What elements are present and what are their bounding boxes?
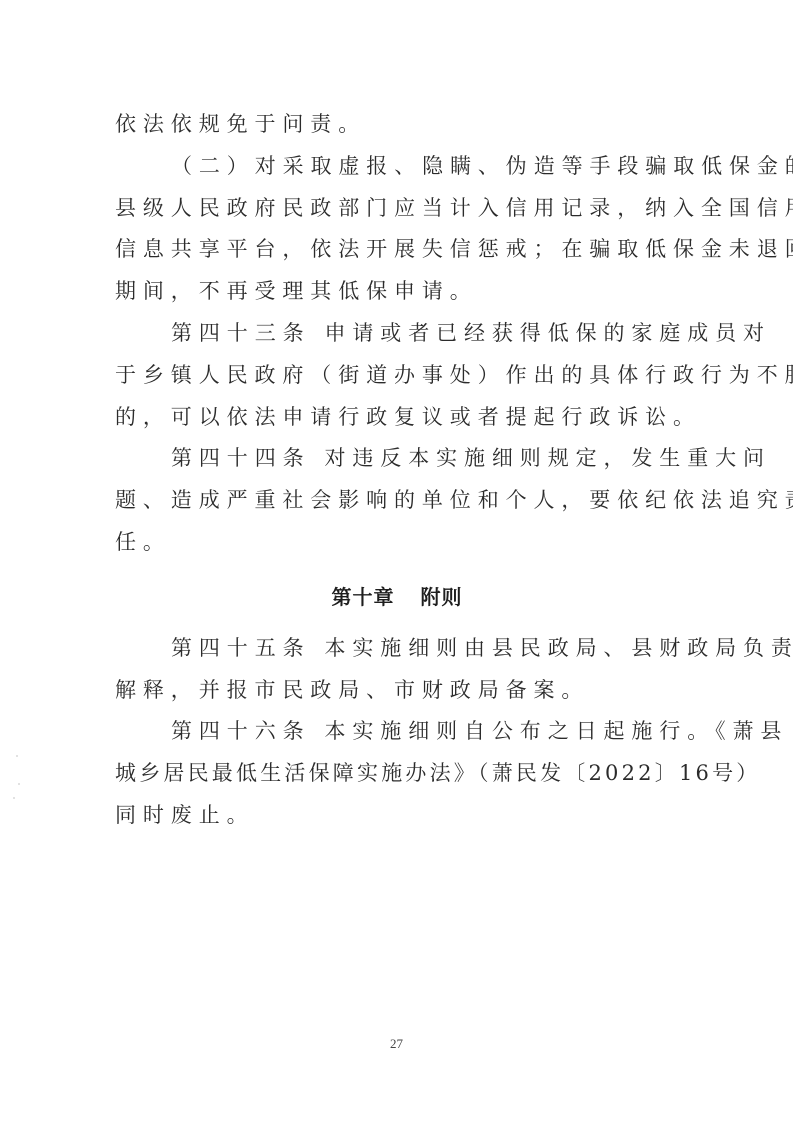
article-label: 第四十六条 [171, 711, 311, 753]
text-line: 县级人民政府民政部门应当计入信用记录，纳入全国信用 [115, 188, 679, 230]
chapter-heading: 第十章附则 [115, 568, 679, 626]
text-line: 于乡镇人民政府（街道办事处）作出的具体行政行为不服 [115, 355, 679, 397]
text-line: 依法依规免于问责。 [115, 104, 679, 146]
scan-artifact [13, 797, 15, 799]
article-46: 第四十六条本实施细则自公布之日起施行。《萧县 [115, 711, 679, 753]
text-line: 城乡居民最低生活保障实施办法》（萧民发〔2022〕16号） [115, 753, 679, 795]
article-43: 第四十三条申请或者已经获得低保的家庭成员对 [115, 313, 679, 355]
article-label: 第四十五条 [171, 628, 311, 670]
document-body: 依法依规免于问责。 （二）对采取虚报、隐瞒、伪造等手段骗取低保金的， 县级人民政… [115, 104, 679, 837]
text-line: 解释，并报市民政局、市财政局备案。 [115, 670, 679, 712]
scan-artifact [16, 755, 18, 757]
text-line: 同时废止。 [115, 795, 679, 837]
article-text: 申请或者已经获得低保的家庭成员对 [325, 321, 771, 345]
text-line: 期间，不再受理其低保申请。 [115, 271, 679, 313]
page-number: 27 [0, 1036, 793, 1052]
text-line-item-2: （二）对采取虚报、隐瞒、伪造等手段骗取低保金的， [115, 146, 679, 188]
article-text: 本实施细则由县民政局、县财政局负责 [325, 636, 793, 660]
article-text: 对违反本实施细则规定，发生重大问 [325, 446, 771, 470]
scan-artifact [18, 783, 20, 785]
text-line: 的，可以依法申请行政复议或者提起行政诉讼。 [115, 397, 679, 439]
article-45: 第四十五条本实施细则由县民政局、县财政局负责 [115, 628, 679, 670]
chapter-number: 第十章 [332, 585, 395, 609]
article-text: 本实施细则自公布之日起施行。《萧县 [325, 719, 789, 743]
article-label: 第四十三条 [171, 313, 311, 355]
text-line: 信息共享平台，依法开展失信惩戒；在骗取低保金未退回 [115, 229, 679, 271]
article-44: 第四十四条对违反本实施细则规定，发生重大问 [115, 438, 679, 480]
chapter-title: 附则 [421, 585, 463, 609]
article-label: 第四十四条 [171, 438, 311, 480]
text-line: 题、造成严重社会影响的单位和个人，要依纪依法追究责 [115, 480, 679, 522]
document-page: 依法依规免于问责。 （二）对采取虚报、隐瞒、伪造等手段骗取低保金的， 县级人民政… [0, 0, 793, 1121]
text-line: 任。 [115, 522, 679, 564]
